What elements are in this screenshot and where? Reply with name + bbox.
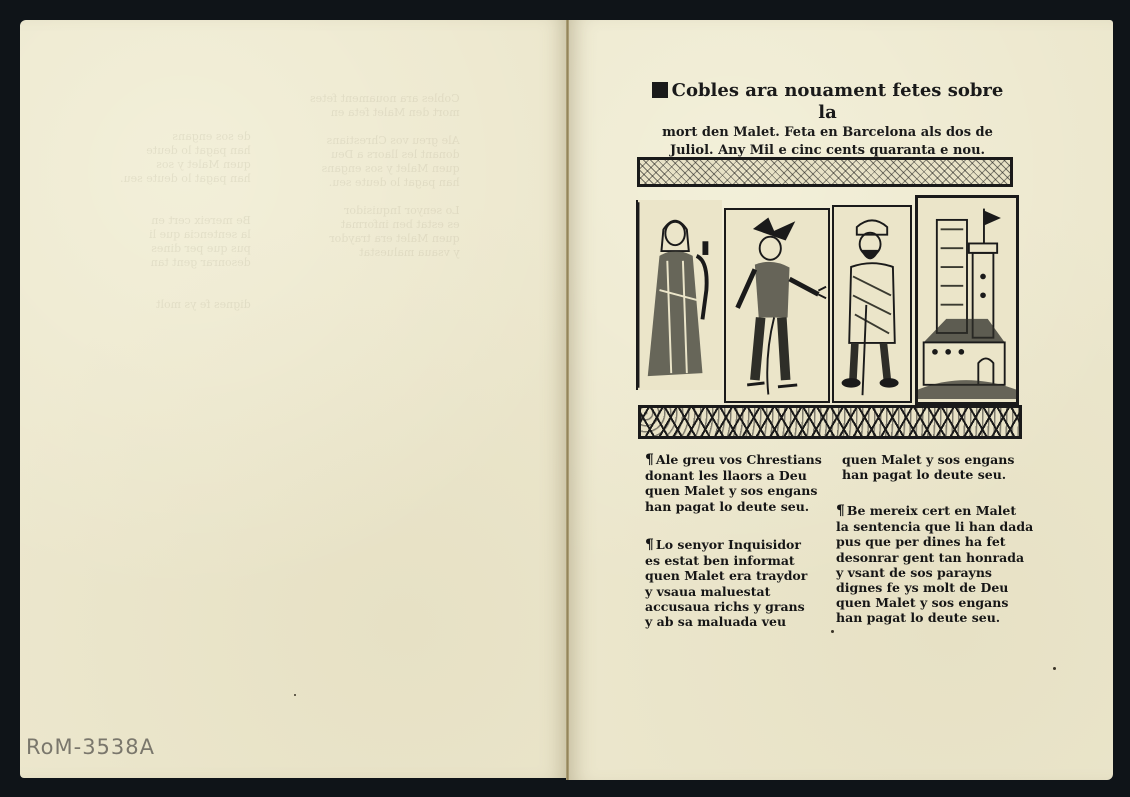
pilcrow-icon: ¶ (645, 537, 654, 553)
left-page (20, 20, 568, 778)
ink-speck (1053, 667, 1056, 670)
initial-ornament-icon (652, 82, 668, 98)
title-line-2: mort den Malet. Feta en Barcelona als do… (640, 124, 1015, 142)
woodcut-panel-devil (724, 208, 830, 403)
woodcut-panel-woman (636, 200, 722, 390)
stanza-2: ¶Lo senyor Inquisidor es estat ben infor… (645, 537, 807, 629)
shelfmark-label: RoM-3538A (26, 735, 155, 759)
stanza-1: ¶Ale greu vos Chrestians donant les llao… (645, 452, 822, 514)
title-line-1: Cobles ara nouament fetes sobre la (640, 80, 1015, 124)
woodcut-panel-castle (915, 195, 1019, 405)
stanza-2-refrain: quen Malet y sos engans han pagat lo deu… (842, 452, 1014, 482)
bleed-through-text-2: de sos engans han pagat lo deute quen Ma… (120, 130, 251, 312)
bearded-man-figure-icon (834, 207, 910, 401)
pilcrow-icon: ¶ (645, 452, 654, 468)
ornamental-border-bottom (638, 405, 1022, 439)
devil-figure-icon (726, 210, 828, 401)
ornamental-border-top (637, 157, 1013, 187)
book-gutter (566, 20, 569, 780)
page-title: Cobles ara nouament fetes sobre la mort … (640, 80, 1015, 160)
woman-figure-icon (638, 200, 722, 390)
woodcut-panel-bearded-man (832, 205, 912, 403)
ink-speck (294, 694, 296, 696)
castle-icon (918, 198, 1016, 402)
pilcrow-icon: ¶ (836, 503, 845, 519)
ink-speck (831, 630, 834, 633)
stanza-3: ¶Be mereix cert en Malet la sentencia qu… (836, 503, 1033, 626)
bleed-through-text: Cobles ara nouament fetes mort den Malet… (310, 92, 460, 260)
